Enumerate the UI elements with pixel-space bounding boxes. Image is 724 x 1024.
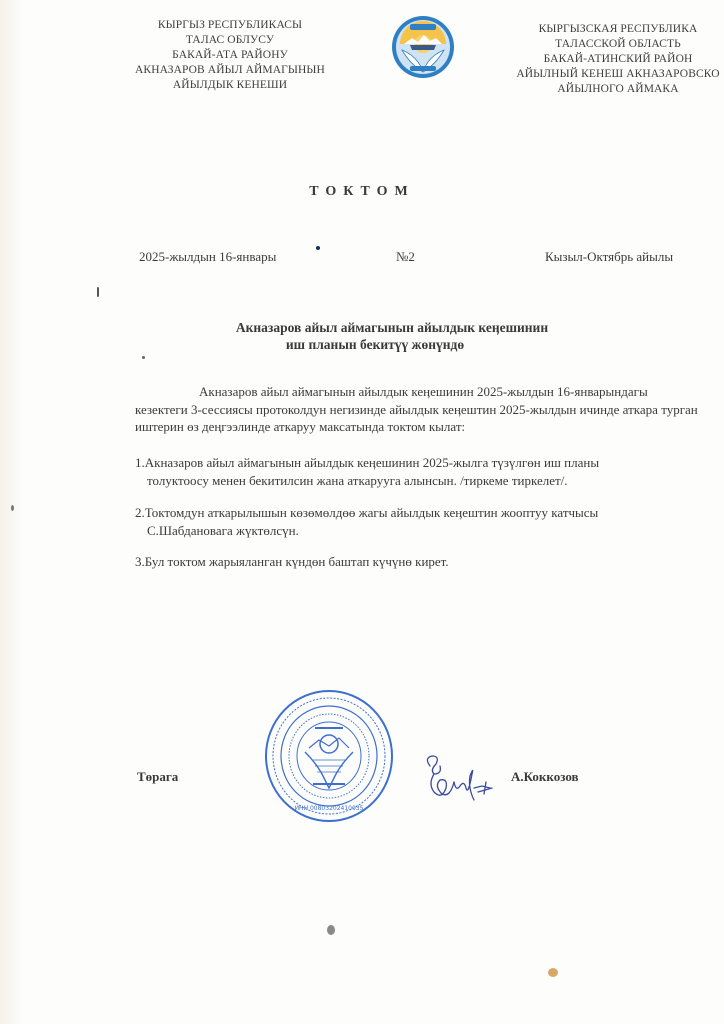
signatory-role: Төрага [137,769,178,785]
subject-line-1: Акназаров айыл аймагынын айылдык кеӊешин… [0,319,724,336]
document-title: ТОКТОМ [0,184,724,200]
scan-speck [11,505,14,511]
item-line-2: толуктоосу менен бекитилсин жана аткаруу… [135,472,705,490]
document-number: №2 [396,249,415,265]
scan-speck [548,968,558,977]
header-right-line: БАКАЙ-АТИНСКИЙ РАЙОН [500,52,724,67]
scan-speck [327,925,335,935]
header-right-line: АЙЫЛНЫЙ КЕНЕШ АКНАЗАРОВСКО [500,67,724,82]
scan-speck [316,246,320,250]
document-page: КЫРГЫЗ РЕСПУБЛИКАСЫ ТАЛАС ОБЛУСУ БАКАЙ-А… [0,0,724,1024]
item-line-2: С.Шабдановага жүктөлсүн. [135,522,705,540]
signatory-name: А.Коккозов [511,769,579,785]
header-left-line: АКНАЗАРОВ АЙЫЛ АЙМАГЫНЫН [105,63,355,78]
handwritten-signature [420,752,500,807]
document-subject: Акназаров айыл аймагынын айылдык кеӊешин… [0,319,724,353]
header-right-russian: КЫРГЫЗСКАЯ РЕСПУБЛИКА ТАЛАССКОЙ ОБЛАСТЬ … [500,22,724,97]
scan-edge-shadow [0,0,22,1024]
resolution-item-1: 1.Акназаров айыл аймагынын айылдык кеӊеш… [135,454,705,489]
item-line-1: 3.Бул токтом жарыяланган күндөн баштап к… [135,554,449,569]
item-line-1: 1.Акназаров айыл аймагынын айылдык кеӊеш… [135,455,599,470]
resolution-item-2: 2.Токтомдун аткарылышын көзөмөлдөө жагы … [135,504,705,539]
item-line-1: 2.Токтомдун аткарылышын көзөмөлдөө жагы … [135,505,598,520]
header-left-line: БАКАЙ-АТА РАЙОНУ [105,48,355,63]
header-right-line: КЫРГЫЗСКАЯ РЕСПУБЛИКА [500,22,724,37]
scan-speck [142,356,145,359]
resolution-item-3: 3.Бул токтом жарыяланган күндөн баштап к… [135,553,705,571]
header-left-line: АЙЫЛДЫК КЕНЕШИ [105,78,355,93]
document-date: 2025-жылдын 16-январы [139,249,276,265]
header-right-line: ТАЛАССКОЙ ОБЛАСТЬ [500,37,724,52]
kyrgyz-state-emblem-icon [390,14,456,80]
header-left-line: ТАЛАС ОБЛУСУ [105,33,355,48]
scan-speck [97,287,99,297]
svg-text:ИНН 00803202410035: ИНН 00803202410035 [295,805,364,812]
header-left-kyrgyz: КЫРГЫЗ РЕСПУБЛИКАСЫ ТАЛАС ОБЛУСУ БАКАЙ-А… [105,18,355,93]
preamble-rest: кезектеги 3-сессиясы протоколдун негизин… [135,401,705,436]
official-stamp-icon: ИНН 00803202410035 [263,688,395,824]
header-left-line: КЫРГЫЗ РЕСПУБЛИКАСЫ [105,18,355,33]
header-right-line: АЙЫЛНОГО АЙМАКА [500,82,724,97]
subject-line-2: иш планын бекитүү жөнүндө [0,336,724,353]
preamble-paragraph: Акназаров айыл аймагынын айылдык кеӊешин… [135,383,705,436]
document-place: Кызыл-Октябрь айылы [545,249,673,265]
preamble-line-1: Акназаров айыл аймагынын айылдык кеӊешин… [135,383,705,401]
